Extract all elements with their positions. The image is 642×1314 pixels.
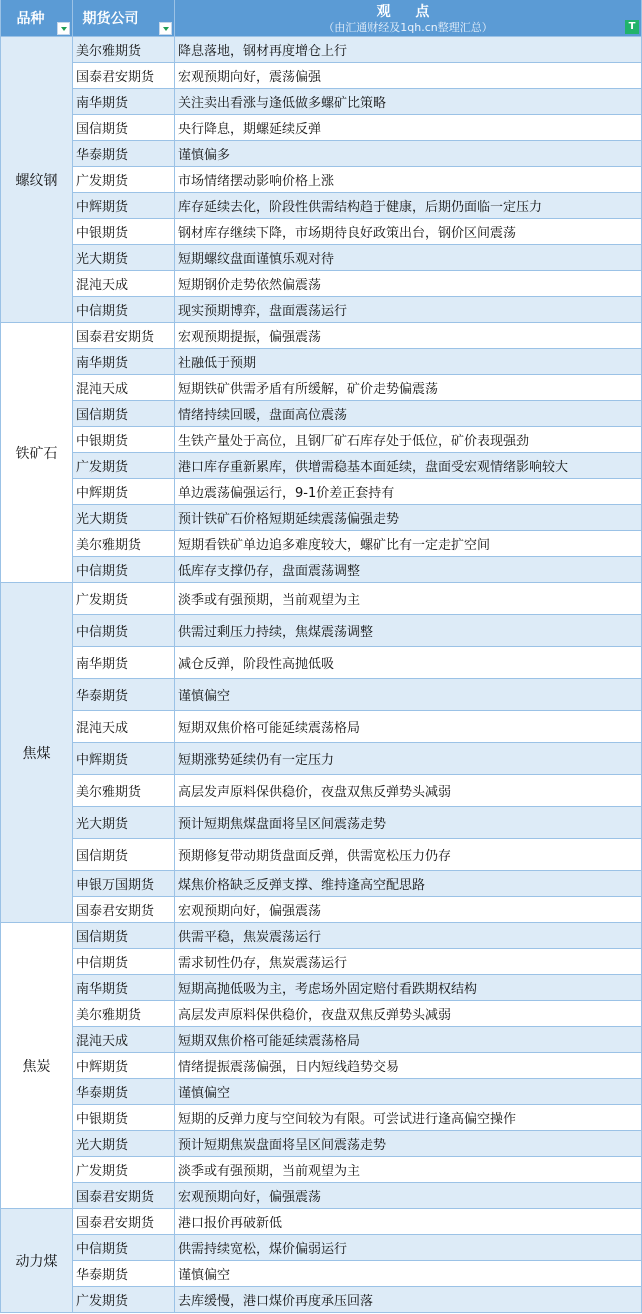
table-row: 国信期货央行降息，期螺延续反弹: [1, 115, 642, 141]
view-cell[interactable]: 短期看铁矿单边追多难度较大，螺矿比有一定走扩空间: [175, 531, 642, 557]
view-cell[interactable]: 短期涨势延续仍有一定压力: [175, 743, 642, 775]
table-row: 中信期货供需过剩压力持续，焦煤震荡调整: [1, 615, 642, 647]
table-row: 广发期货淡季或有强预期，当前观望为主: [1, 1157, 642, 1183]
header-company: 期货公司: [73, 0, 175, 37]
view-cell[interactable]: 高层发声原料保供稳价，夜盘双焦反弹势头减弱: [175, 1001, 642, 1027]
view-cell[interactable]: 宏观预期向好，偏强震荡: [175, 897, 642, 923]
view-cell[interactable]: 淡季或有强预期，当前观望为主: [175, 1157, 642, 1183]
table-row: 光大期货预计短期焦炭盘面将呈区间震荡走势: [1, 1131, 642, 1157]
view-cell[interactable]: 短期双焦价格可能延续震荡格局: [175, 711, 642, 743]
company-cell[interactable]: 光大期货: [73, 505, 175, 531]
category-cell[interactable]: 焦炭: [1, 923, 73, 1209]
view-cell[interactable]: 预计短期焦煤盘面将呈区间震荡走势: [175, 807, 642, 839]
company-cell[interactable]: 国泰君安期货: [73, 897, 175, 923]
company-cell[interactable]: 美尔雅期货: [73, 531, 175, 557]
view-cell[interactable]: 现实预期博弈，盘面震荡运行: [175, 297, 642, 323]
view-cell[interactable]: 去库缓慢，港口煤价再度承压回落: [175, 1287, 642, 1313]
view-cell[interactable]: 预期修复带动期货盘面反弹，供需宽松压力仍存: [175, 839, 642, 871]
view-cell[interactable]: 低库存支撑仍存，盘面震荡调整: [175, 557, 642, 583]
company-cell[interactable]: 美尔雅期货: [73, 37, 175, 63]
company-cell[interactable]: 南华期货: [73, 349, 175, 375]
view-cell[interactable]: 央行降息，期螺延续反弹: [175, 115, 642, 141]
table-row: 国泰君安期货宏观预期向好，偏强震荡: [1, 1183, 642, 1209]
table-row: 南华期货短期高抛低吸为主，考虑场外固定赔付看跌期权结构: [1, 975, 642, 1001]
company-cell[interactable]: 国信期货: [73, 115, 175, 141]
table-row: 中银期货钢材库存继续下降，市场期待良好政策出台，钢价区间震荡: [1, 219, 642, 245]
company-cell[interactable]: 国信期货: [73, 923, 175, 949]
view-cell[interactable]: 供需持续宽松，煤价偏弱运行: [175, 1235, 642, 1261]
view-cell[interactable]: 生铁产量处于高位，且钢厂矿石库存处于低位，矿价表现强劲: [175, 427, 642, 453]
table-row: 光大期货预计铁矿石价格短期延续震荡偏强走势: [1, 505, 642, 531]
company-cell[interactable]: 广发期货: [73, 1157, 175, 1183]
view-cell[interactable]: 宏观预期向好，震荡偏强: [175, 63, 642, 89]
view-cell[interactable]: 市场情绪摆动影响价格上涨: [175, 167, 642, 193]
view-cell[interactable]: 供需过剩压力持续，焦煤震荡调整: [175, 615, 642, 647]
table-row: 中银期货生铁产量处于高位，且钢厂矿石库存处于低位，矿价表现强劲: [1, 427, 642, 453]
view-cell[interactable]: 高层发声原料保供稳价，夜盘双焦反弹势头减弱: [175, 775, 642, 807]
view-cell[interactable]: 谨慎偏多: [175, 141, 642, 167]
table-row: 中信期货供需持续宽松，煤价偏弱运行: [1, 1235, 642, 1261]
table-row: 申银万国期货煤焦价格缺乏反弹支撑、维持逢高空配思路: [1, 871, 642, 897]
table-row: 华泰期货谨慎偏空: [1, 679, 642, 711]
company-cell[interactable]: 混沌天成: [73, 271, 175, 297]
category-cell[interactable]: 铁矿石: [1, 323, 73, 583]
table-row: 南华期货关注卖出看涨与逢低做多螺矿比策略: [1, 89, 642, 115]
view-cell[interactable]: 谨慎偏空: [175, 1261, 642, 1287]
table-row: 焦炭国信期货供需平稳，焦炭震荡运行: [1, 923, 642, 949]
company-cell[interactable]: 国泰君安期货: [73, 323, 175, 349]
filter-active-icon[interactable]: T: [625, 20, 639, 34]
company-cell[interactable]: 美尔雅期货: [73, 775, 175, 807]
table-row: 混沌天成短期双焦价格可能延续震荡格局: [1, 1027, 642, 1053]
company-cell[interactable]: 中辉期货: [73, 193, 175, 219]
company-cell[interactable]: 中辉期货: [73, 1053, 175, 1079]
table-row: 华泰期货谨慎偏多: [1, 141, 642, 167]
company-cell[interactable]: 申银万国期货: [73, 871, 175, 897]
company-cell[interactable]: 中信期货: [73, 1235, 175, 1261]
category-cell[interactable]: 动力煤: [1, 1209, 73, 1313]
company-cell[interactable]: 中信期货: [73, 615, 175, 647]
company-cell[interactable]: 中辉期货: [73, 479, 175, 505]
table-row: 中辉期货库存延续去化，阶段性供需结构趋于健康，后期仍面临一定压力: [1, 193, 642, 219]
table-row: 中信期货需求韧性仍存，焦炭震荡运行: [1, 949, 642, 975]
company-cell[interactable]: 华泰期货: [73, 1079, 175, 1105]
company-cell[interactable]: 国泰君安期货: [73, 63, 175, 89]
view-cell[interactable]: 库存延续去化，阶段性供需结构趋于健康，后期仍面临一定压力: [175, 193, 642, 219]
view-cell[interactable]: 降息落地，钢材再度增仓上行: [175, 37, 642, 63]
table-row: 美尔雅期货高层发声原料保供稳价，夜盘双焦反弹势头减弱: [1, 775, 642, 807]
header-row: 品种 期货公司 观 点 （由汇通财经及1qh.cn整理汇总） T: [1, 0, 642, 37]
table-row: 光大期货短期螺纹盘面谨慎乐观对待: [1, 245, 642, 271]
company-cell[interactable]: 华泰期货: [73, 1261, 175, 1287]
company-cell[interactable]: 混沌天成: [73, 1027, 175, 1053]
view-cell[interactable]: 需求韧性仍存，焦炭震荡运行: [175, 949, 642, 975]
table-row: 中信期货现实预期博弈，盘面震荡运行: [1, 297, 642, 323]
view-cell[interactable]: 单边震荡偏强运行，9-1价差正套持有: [175, 479, 642, 505]
table-row: 华泰期货谨慎偏空: [1, 1079, 642, 1105]
table-body: 螺纹钢美尔雅期货降息落地，钢材再度增仓上行国泰君安期货宏观预期向好，震荡偏强南华…: [1, 37, 642, 1313]
header-category-label: 品种: [3, 8, 58, 28]
view-cell[interactable]: 供需平稳，焦炭震荡运行: [175, 923, 642, 949]
view-cell[interactable]: 短期钢价走势依然偏震荡: [175, 271, 642, 297]
header-view-title: 观 点: [175, 1, 641, 21]
company-cell[interactable]: 中银期货: [73, 219, 175, 245]
view-cell[interactable]: 情绪持续回暖，盘面高位震荡: [175, 401, 642, 427]
view-cell[interactable]: 谨慎偏空: [175, 679, 642, 711]
table-row: 螺纹钢美尔雅期货降息落地，钢材再度增仓上行: [1, 37, 642, 63]
view-cell[interactable]: 社融低于预期: [175, 349, 642, 375]
category-cell[interactable]: 螺纹钢: [1, 37, 73, 323]
company-cell[interactable]: 中信期货: [73, 949, 175, 975]
view-cell[interactable]: 关注卖出看涨与逢低做多螺矿比策略: [175, 89, 642, 115]
view-cell[interactable]: 短期螺纹盘面谨慎乐观对待: [175, 245, 642, 271]
view-cell[interactable]: 短期铁矿供需矛盾有所缓解，矿价走势偏震荡: [175, 375, 642, 401]
view-cell[interactable]: 短期双焦价格可能延续震荡格局: [175, 1027, 642, 1053]
company-cell[interactable]: 华泰期货: [73, 141, 175, 167]
table-row: 南华期货减仓反弹，阶段性高抛低吸: [1, 647, 642, 679]
company-cell[interactable]: 中信期货: [73, 297, 175, 323]
company-cell[interactable]: 中银期货: [73, 1105, 175, 1131]
company-cell[interactable]: 广发期货: [73, 167, 175, 193]
view-cell[interactable]: 预计铁矿石价格短期延续震荡偏强走势: [175, 505, 642, 531]
table-row: 中银期货短期的反弹力度与空间较为有限。可尝试进行逢高偏空操作: [1, 1105, 642, 1131]
table-row: 广发期货市场情绪摆动影响价格上涨: [1, 167, 642, 193]
view-cell[interactable]: 宏观预期向好，偏强震荡: [175, 1183, 642, 1209]
table-row: 广发期货去库缓慢，港口煤价再度承压回落: [1, 1287, 642, 1313]
table-row: 中信期货低库存支撑仍存，盘面震荡调整: [1, 557, 642, 583]
table-row: 混沌天成短期钢价走势依然偏震荡: [1, 271, 642, 297]
view-cell[interactable]: 情绪提振震荡偏强，日内短线趋势交易: [175, 1053, 642, 1079]
table-row: 国泰君安期货宏观预期向好，震荡偏强: [1, 63, 642, 89]
table-row: 华泰期货谨慎偏空: [1, 1261, 642, 1287]
company-cell[interactable]: 国泰君安期货: [73, 1183, 175, 1209]
company-cell[interactable]: 国信期货: [73, 839, 175, 871]
futures-views-table: 品种 期货公司 观 点 （由汇通财经及1qh.cn整理汇总） T 螺纹钢美尔雅期…: [0, 0, 642, 1313]
table-row: 美尔雅期货高层发声原料保供稳价，夜盘双焦反弹势头减弱: [1, 1001, 642, 1027]
header-category: 品种: [1, 0, 73, 37]
company-cell[interactable]: 南华期货: [73, 647, 175, 679]
table-row: 中辉期货单边震荡偏强运行，9-1价差正套持有: [1, 479, 642, 505]
view-cell[interactable]: 钢材库存继续下降，市场期待良好政策出台，钢价区间震荡: [175, 219, 642, 245]
view-cell[interactable]: 短期高抛低吸为主，考虑场外固定赔付看跌期权结构: [175, 975, 642, 1001]
company-cell[interactable]: 中信期货: [73, 557, 175, 583]
header-view: 观 点 （由汇通财经及1qh.cn整理汇总） T: [175, 0, 642, 37]
view-cell[interactable]: 宏观预期提振，偏强震荡: [175, 323, 642, 349]
table-row: 广发期货港口库存重新累库，供增需稳基本面延续，盘面受宏观情绪影响较大: [1, 453, 642, 479]
table-row: 光大期货预计短期焦煤盘面将呈区间震荡走势: [1, 807, 642, 839]
view-cell[interactable]: 预计短期焦炭盘面将呈区间震荡走势: [175, 1131, 642, 1157]
table-row: 国泰君安期货宏观预期向好，偏强震荡: [1, 897, 642, 923]
view-cell[interactable]: 煤焦价格缺乏反弹支撑、维持逢高空配思路: [175, 871, 642, 897]
company-cell[interactable]: 国泰君安期货: [73, 1209, 175, 1235]
view-cell[interactable]: 减仓反弹，阶段性高抛低吸: [175, 647, 642, 679]
company-cell[interactable]: 混沌天成: [73, 375, 175, 401]
table-row: 国信期货预期修复带动期货盘面反弹，供需宽松压力仍存: [1, 839, 642, 871]
company-cell[interactable]: 光大期货: [73, 807, 175, 839]
view-cell[interactable]: 淡季或有强预期，当前观望为主: [175, 583, 642, 615]
company-cell[interactable]: 光大期货: [73, 1131, 175, 1157]
header-view-subtitle: （由汇通财经及1qh.cn整理汇总）: [175, 19, 641, 35]
table-row: 中辉期货短期涨势延续仍有一定压力: [1, 743, 642, 775]
table-row: 动力煤国泰君安期货港口报价再破新低: [1, 1209, 642, 1235]
table-row: 中辉期货情绪提振震荡偏强，日内短线趋势交易: [1, 1053, 642, 1079]
company-cell[interactable]: 中银期货: [73, 427, 175, 453]
table-row: 焦煤广发期货淡季或有强预期，当前观望为主: [1, 583, 642, 615]
table-row: 美尔雅期货短期看铁矿单边追多难度较大，螺矿比有一定走扩空间: [1, 531, 642, 557]
company-cell[interactable]: 广发期货: [73, 453, 175, 479]
company-cell[interactable]: 广发期货: [73, 1287, 175, 1313]
view-cell[interactable]: 港口库存重新累库，供增需稳基本面延续，盘面受宏观情绪影响较大: [175, 453, 642, 479]
company-cell[interactable]: 中辉期货: [73, 743, 175, 775]
category-cell[interactable]: 焦煤: [1, 583, 73, 923]
view-cell[interactable]: 港口报价再破新低: [175, 1209, 642, 1235]
table-row: 混沌天成短期双焦价格可能延续震荡格局: [1, 711, 642, 743]
table-row: 铁矿石国泰君安期货宏观预期提振，偏强震荡: [1, 323, 642, 349]
header-company-label: 期货公司: [77, 8, 144, 28]
view-cell[interactable]: 短期的反弹力度与空间较为有限。可尝试进行逢高偏空操作: [175, 1105, 642, 1131]
company-cell[interactable]: 美尔雅期货: [73, 1001, 175, 1027]
company-cell[interactable]: 光大期货: [73, 245, 175, 271]
filter-dropdown-icon[interactable]: [159, 22, 172, 35]
company-cell[interactable]: 广发期货: [73, 583, 175, 615]
company-cell[interactable]: 南华期货: [73, 89, 175, 115]
table-row: 混沌天成短期铁矿供需矛盾有所缓解，矿价走势偏震荡: [1, 375, 642, 401]
table-row: 国信期货情绪持续回暖，盘面高位震荡: [1, 401, 642, 427]
table-row: 南华期货社融低于预期: [1, 349, 642, 375]
company-cell[interactable]: 国信期货: [73, 401, 175, 427]
company-cell[interactable]: 华泰期货: [73, 679, 175, 711]
company-cell[interactable]: 混沌天成: [73, 711, 175, 743]
view-cell[interactable]: 谨慎偏空: [175, 1079, 642, 1105]
company-cell[interactable]: 南华期货: [73, 975, 175, 1001]
filter-dropdown-icon[interactable]: [57, 22, 70, 35]
